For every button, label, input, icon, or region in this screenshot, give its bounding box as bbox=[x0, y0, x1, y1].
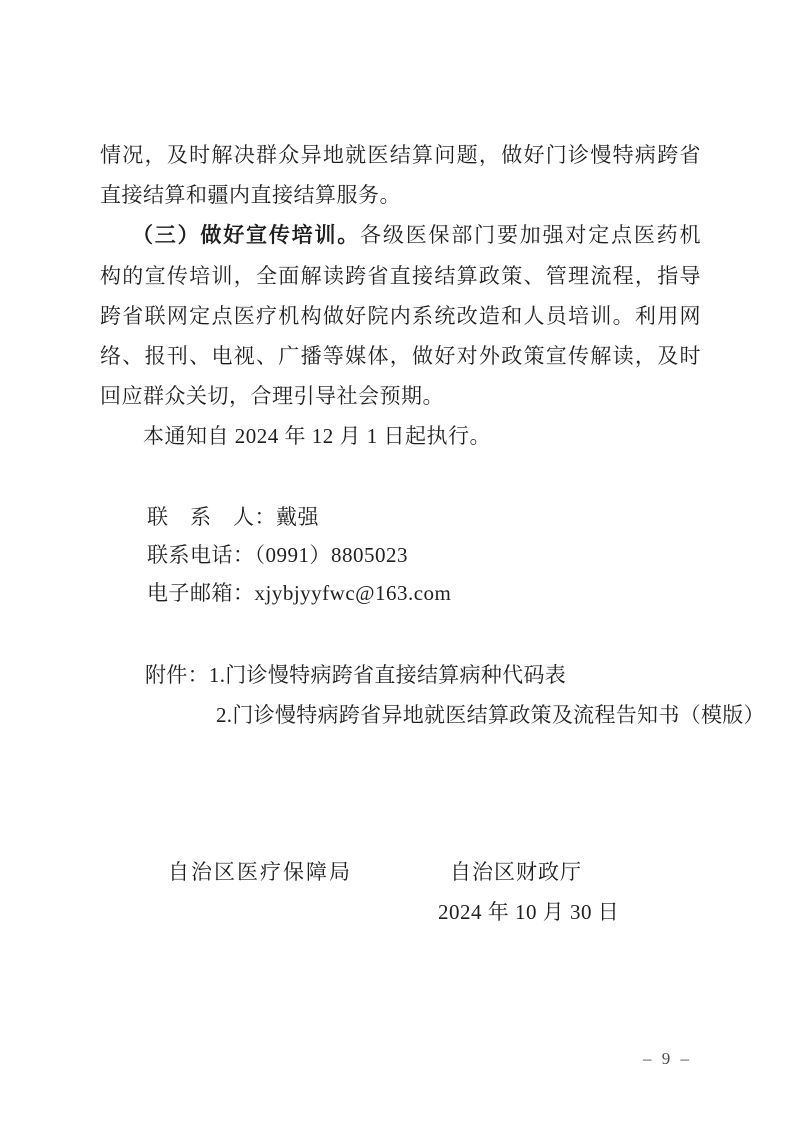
attachment-item-2: 2.门诊慢特病跨省异地就医结算政策及流程告知书（模版） bbox=[216, 703, 765, 727]
attachment-item-1: 1.门诊慢特病跨省直接结算病种代码表 bbox=[209, 663, 566, 687]
attachment-line-1: 附件：1.门诊慢特病跨省直接结算病种代码表 bbox=[145, 655, 765, 695]
paragraph-line: 回应群众关切，合理引导社会预期。 bbox=[100, 376, 701, 416]
paragraph-line: 跨省联网定点医疗机构做好院内系统改造和人员培训。利用网 bbox=[100, 296, 701, 336]
page-number: – 9 – bbox=[643, 1048, 692, 1070]
contact-person-label: 联 系 人： bbox=[147, 505, 276, 529]
contact-person-line: 联 系 人：戴强 bbox=[147, 498, 451, 536]
paragraph-line: 构的宣传培训，全面解读跨省直接结算政策、管理流程，指导 bbox=[100, 256, 701, 296]
effective-date-line: 本通知自 2024 年 12 月 1 日起执行。 bbox=[100, 416, 701, 456]
paragraph-line: （三）做好宣传培训。各级医保部门要加强对定点医药机 bbox=[100, 215, 701, 256]
document-body: 情况，及时解决群众异地就医结算问题，做好门诊慢特病跨省 直接结算和疆内直接结算服… bbox=[100, 135, 701, 456]
paragraph-line: 络、报刊、电视、广播等媒体，做好对外政策宣传解读，及时 bbox=[100, 336, 701, 376]
contact-email-value: xjybjyyfwc@163.com bbox=[255, 581, 452, 605]
contact-person-value: 戴强 bbox=[276, 505, 319, 529]
contact-phone-value: （0991）8805023 bbox=[255, 543, 409, 567]
signature-org-right: 自治区财政厅 bbox=[450, 852, 582, 892]
contact-email-label: 电子邮箱： bbox=[147, 581, 255, 605]
contact-email-line: 电子邮箱：xjybjyyfwc@163.com bbox=[147, 574, 451, 612]
attachment-line-2: 2.门诊慢特病跨省异地就医结算政策及流程告知书（模版） bbox=[145, 695, 765, 735]
paragraph-text: 各级医保部门要加强对定点医药机 bbox=[360, 223, 701, 247]
signature-org-left: 自治区医疗保障局 bbox=[168, 852, 352, 892]
contact-phone-label: 联系电话： bbox=[147, 543, 255, 567]
signature-date: 2024 年 10 月 30 日 bbox=[438, 892, 619, 932]
section-heading: （三）做好宣传培训。 bbox=[132, 224, 360, 247]
paragraph-line: 直接结算和疆内直接结算服务。 bbox=[100, 175, 701, 215]
contact-block: 联 系 人：戴强 联系电话：（0991）8805023 电子邮箱：xjybjyy… bbox=[147, 498, 451, 612]
contact-phone-line: 联系电话：（0991）8805023 bbox=[147, 536, 451, 574]
document-page: 情况，及时解决群众异地就医结算问题，做好门诊慢特病跨省 直接结算和疆内直接结算服… bbox=[0, 0, 793, 1122]
attachments-block: 附件：1.门诊慢特病跨省直接结算病种代码表 2.门诊慢特病跨省异地就医结算政策及… bbox=[145, 655, 765, 735]
attachments-label: 附件： bbox=[145, 663, 209, 687]
paragraph-line: 情况，及时解决群众异地就医结算问题，做好门诊慢特病跨省 bbox=[100, 135, 701, 175]
